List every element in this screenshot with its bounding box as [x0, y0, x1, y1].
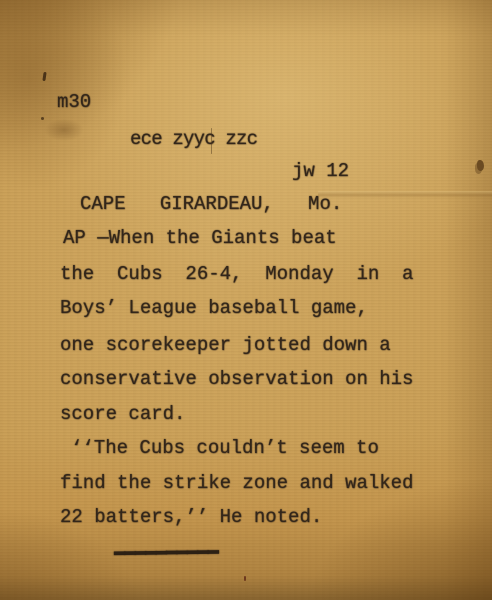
typed-line-slug: m30 — [57, 91, 91, 113]
typed-line-dateline: CAPE GIRARDEAU, Mo. — [80, 193, 342, 215]
typewritten-wire-copy-page: m30 ece zyyc zzc jw 12 CAPE GIRARDEAU, M… — [0, 0, 492, 600]
typed-line-body-4: one scorekeeper jotted down a — [60, 334, 391, 356]
paper-scratch — [211, 128, 212, 154]
typed-line-body-6: score card. — [60, 403, 185, 425]
paper-speck — [41, 117, 44, 120]
typed-line-quote-1: ‘‘The Cubs couldn’t seem to — [71, 437, 379, 459]
end-of-story-dash-rule: —————————— — [114, 531, 218, 574]
typed-line-body-3: Boys’ League baseball game, — [60, 297, 368, 319]
paper-blemish — [477, 160, 484, 171]
typed-line-body-2: the Cubs 26-4, Monday in a — [60, 263, 413, 285]
typed-line-body-1: AP —When the Giants beat — [63, 227, 337, 249]
paper-crease — [318, 191, 492, 198]
typed-line-code: ece zyyc zzc — [130, 128, 257, 150]
typed-line-byline-code: jw 12 — [292, 160, 349, 182]
typed-line-body-5: conservative observation on his — [60, 368, 413, 390]
typed-line-quote-3: 22 batters,’’ He noted. — [60, 506, 322, 528]
ink-speck — [42, 72, 46, 81]
typed-line-quote-2: find the strike zone and walked — [60, 472, 413, 494]
paper-speck — [244, 576, 246, 581]
